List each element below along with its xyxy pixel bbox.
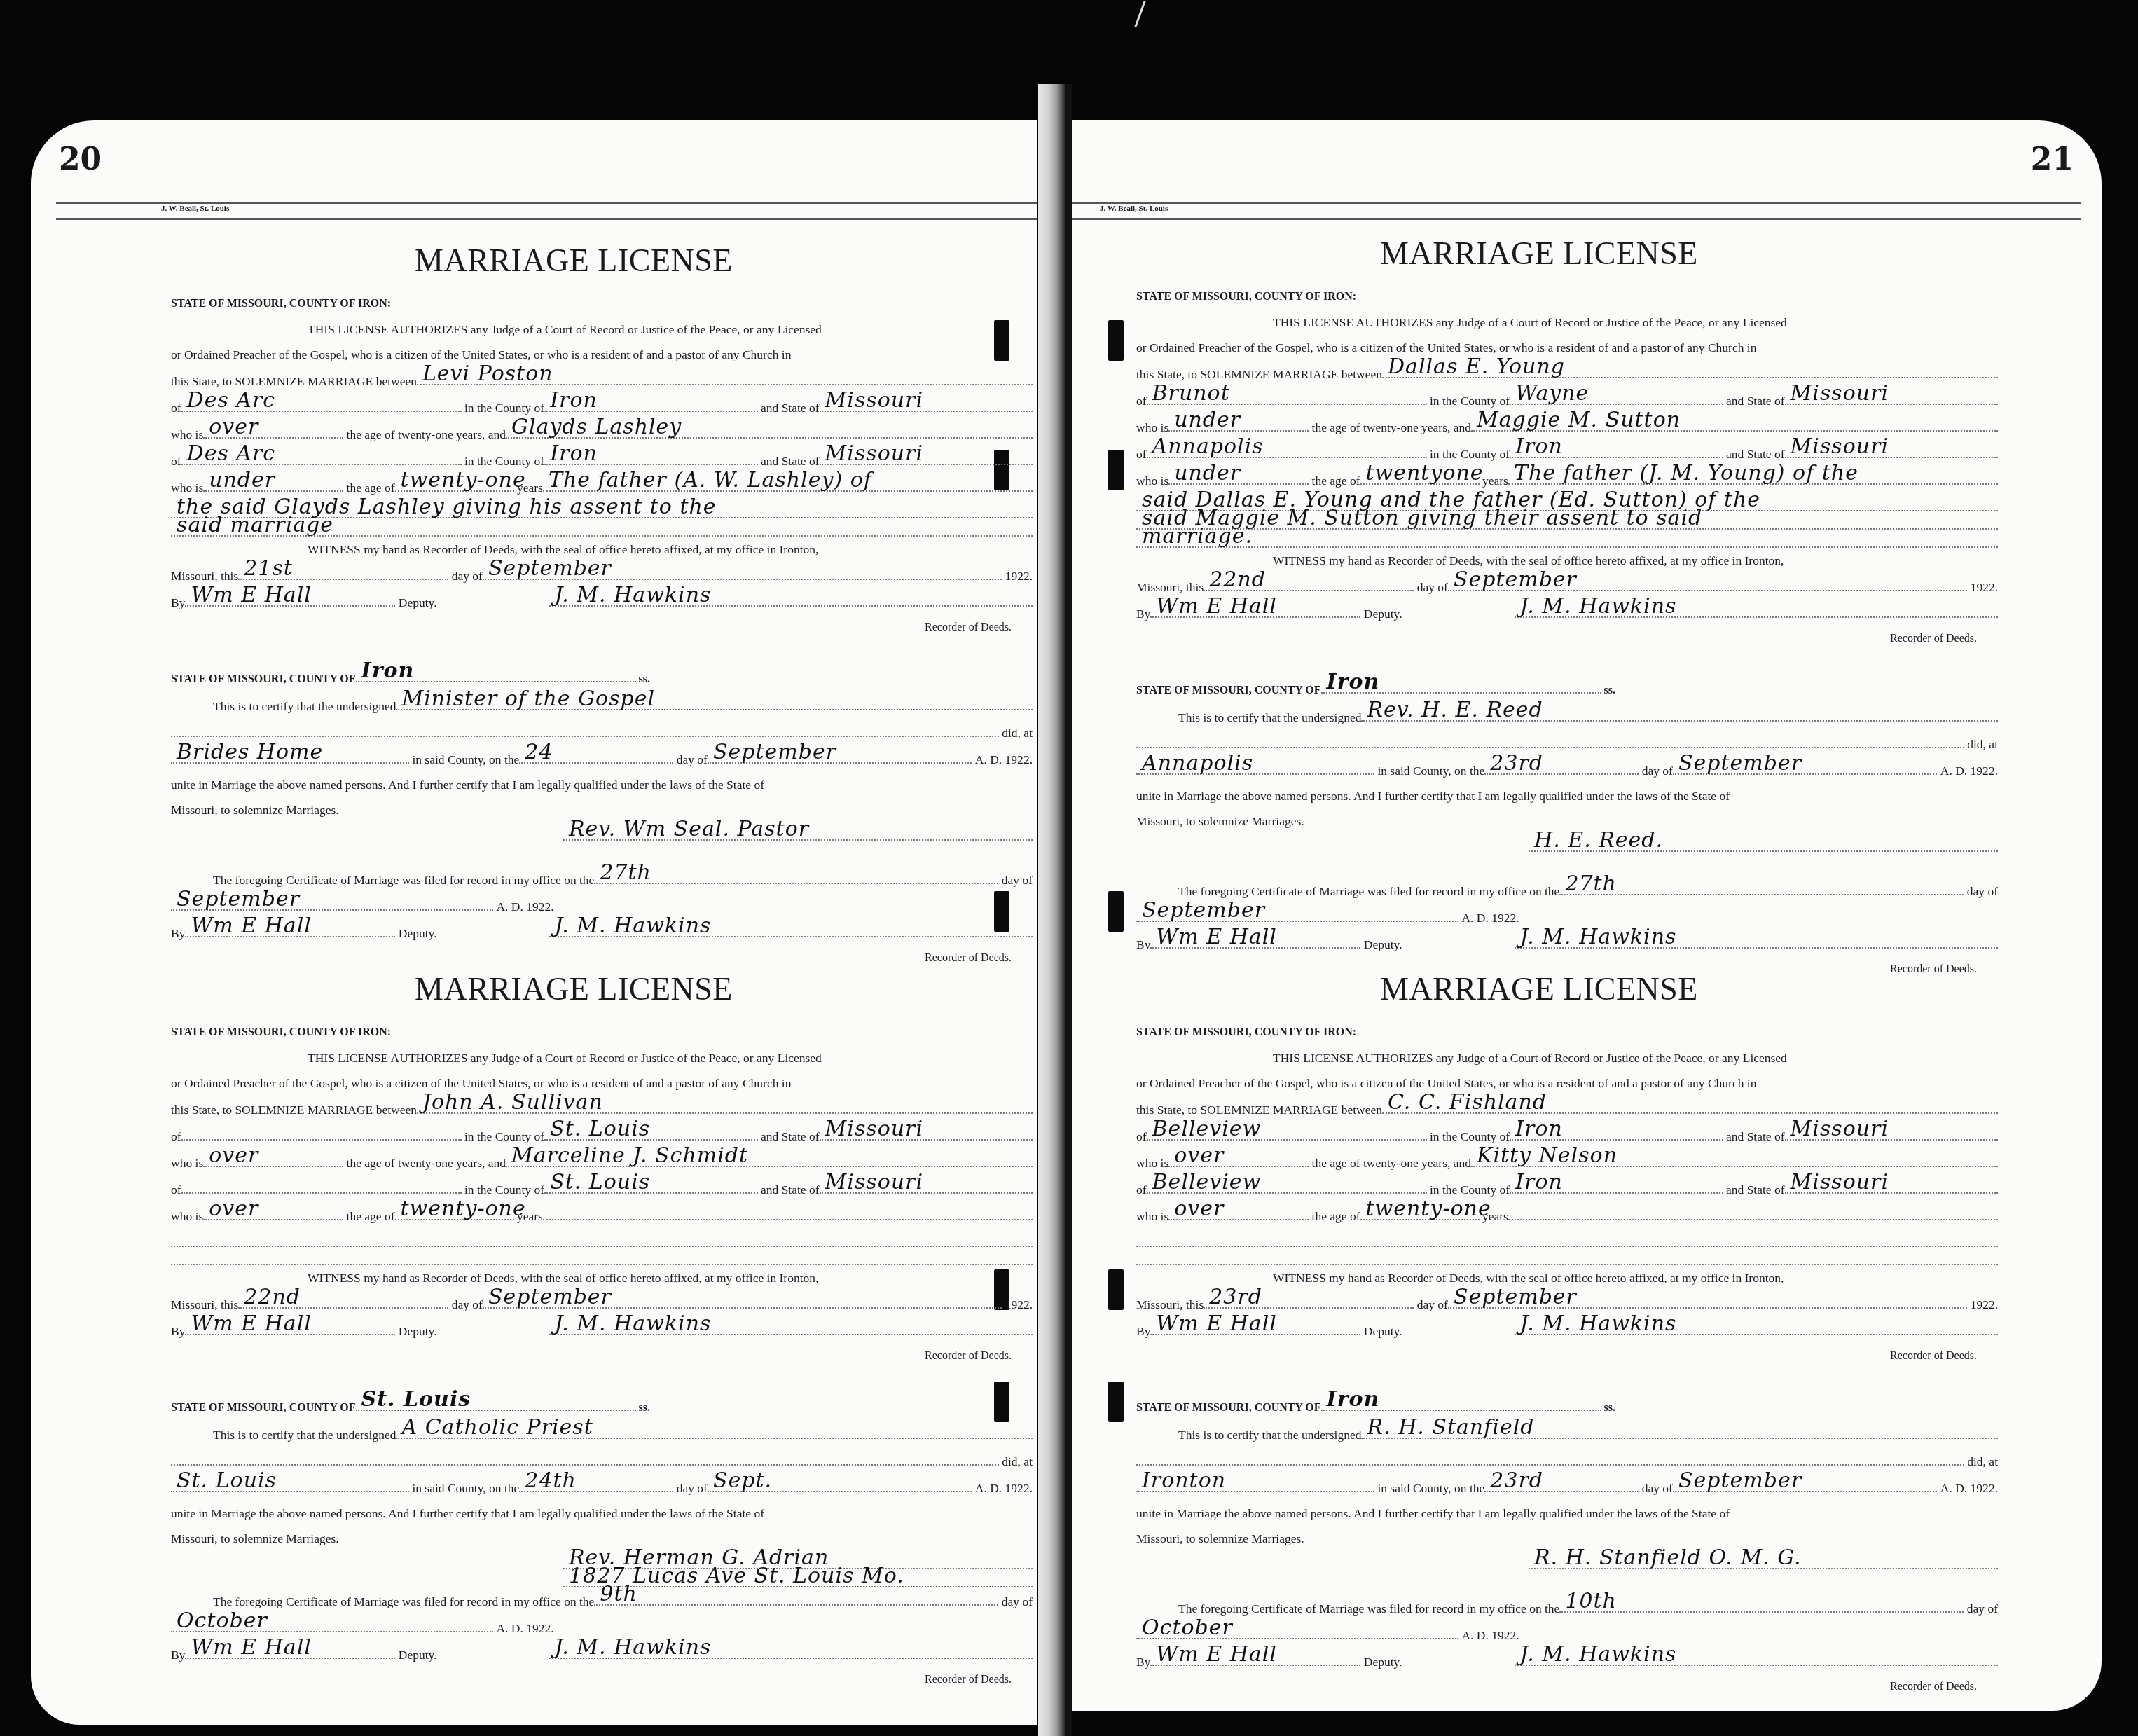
bride-residence-line: ofBelleview in the County ofIron and Sta…: [1136, 1176, 1998, 1202]
officiant-signature-line: R. H. Stanfield O. M. G.: [1529, 1551, 1998, 1569]
remarks-line: said Maggie M. Sutton giving their assen…: [1136, 511, 1998, 530]
license-deputy-signature: Wm E Hall: [191, 583, 312, 608]
bride-county: Iron: [550, 441, 598, 467]
groom-name: C. C. Fishland: [1388, 1090, 1547, 1115]
groom-town-field: Brunot: [1147, 387, 1427, 405]
groom-name-field: Levi Poston: [417, 367, 1033, 385]
license-title: MARRIAGE LICENSE: [115, 968, 1033, 1010]
certificate-officiant-line: This is to certify that the undersignedR…: [1136, 1421, 1998, 1447]
certificate-did-line: did, at: [171, 1447, 1033, 1474]
bride-town-field: [181, 1176, 462, 1194]
groom-town-field: Des Arc: [181, 394, 462, 412]
license-recorder-signature: J. M. Hawkins: [1520, 594, 1677, 619]
certificate-statement: unite in Marriage the above named person…: [1136, 1501, 1998, 1526]
officiant-signature: R. H. Stanfield O. M. G.: [1534, 1545, 1802, 1571]
bride-county: Iron: [1515, 434, 1563, 460]
filing-deputy-line: ByWm E Hall Deputy.J. M. Hawkins: [171, 1641, 1033, 1667]
filing-recorder-signature-field: J. M. Hawkins: [549, 1641, 1033, 1659]
license-record: MARRIAGE LICENSESTATE OF MISSOURI, COUNT…: [1136, 968, 1998, 1700]
license-recorder-signature: J. M. Hawkins: [555, 1311, 712, 1337]
bride-county-field: St. Louis: [544, 1176, 757, 1194]
certificate-county-line: STATE OF MISSOURI, COUNTY OFIron ss.: [1136, 1393, 1998, 1421]
filed-month: September: [1142, 898, 1265, 923]
officiant-signature-field: R. H. Stanfield O. M. G.: [1529, 1551, 1998, 1569]
groom-name: John A. Sullivan: [422, 1090, 603, 1115]
certificate-county-line: STATE OF MISSOURI, COUNTY OFSt. Louis ss…: [171, 1393, 1033, 1421]
license-day-field: 21st: [238, 562, 448, 580]
register-tab-mark: [1108, 450, 1124, 490]
certificate-statement: unite in Marriage the above named person…: [171, 772, 1033, 797]
license-title: MARRIAGE LICENSE: [1080, 233, 1998, 275]
film-scratch: [1134, 1, 1146, 28]
bride-name-field: Glayds Lashley: [506, 420, 1033, 439]
consent-note: The father (J. M. Young) of the: [1514, 461, 1858, 486]
recorder-caption: Recorder of Deeds.: [171, 946, 1033, 971]
groom-state-field: Missouri: [820, 394, 1033, 412]
certificate-officiant-line: This is to certify that the undersignedR…: [1136, 703, 1998, 730]
filing-recorder-signature: J. M. Hawkins: [555, 914, 712, 939]
bride-age-field: over: [1168, 1202, 1309, 1220]
marriage-place: St. Louis: [177, 1468, 277, 1494]
certificate-statement: unite in Marriage the above named person…: [171, 1501, 1033, 1526]
marriage-place-field: Ironton: [1136, 1474, 1374, 1492]
consent-note: marriage.: [1142, 524, 1253, 549]
marriage-day: 24th: [525, 1468, 577, 1494]
register-tab-mark: [1108, 1382, 1124, 1422]
groom-state-field: Missouri: [820, 1122, 1033, 1141]
recorder-caption: Recorder of Deeds.: [1136, 1674, 1998, 1700]
left-page: 20 J. W. Beall, St. Louis MARRIAGE LICEN…: [31, 120, 1037, 1725]
marriage-place-field: Annapolis: [1136, 757, 1374, 775]
license-record: MARRIAGE LICENSESTATE OF MISSOURI, COUNT…: [171, 240, 1033, 971]
filing-recorder-signature: J. M. Hawkins: [1520, 1642, 1677, 1667]
recorder-caption: Recorder of Deeds.: [1136, 626, 1998, 652]
marriage-day-field: 23rd: [1484, 1474, 1639, 1492]
register-tab-mark: [1108, 320, 1124, 361]
filed-month: October: [177, 1608, 268, 1634]
bride-age-words: twenty-one: [1366, 1197, 1491, 1222]
bride-town-field: Annapolis: [1147, 440, 1427, 458]
groom-state: Missouri: [1791, 381, 1889, 406]
bride-age-words-field: twentyone: [1360, 467, 1480, 485]
filing-deputy-signature: Wm E Hall: [191, 1635, 312, 1660]
bride-town-field: Belleview: [1147, 1176, 1427, 1194]
filed-day: 27th: [600, 860, 651, 886]
consent-note-field: marriage.: [1136, 530, 1998, 548]
groom-state: Missouri: [1791, 1117, 1889, 1142]
recorder-caption: Recorder of Deeds.: [1136, 1344, 1998, 1369]
officiant-signature-field: Rev. Wm Seal. Pastor: [563, 822, 1033, 841]
certificate-did-line: did, at: [1136, 1447, 1998, 1474]
license-month-field: September: [1448, 1290, 1967, 1309]
bride-state-field: Missouri: [1785, 440, 1998, 458]
license-month: September: [1454, 567, 1577, 593]
marriage-day: 23rd: [1490, 1468, 1543, 1494]
license-recorder-signature: J. M. Hawkins: [1520, 1311, 1677, 1337]
groom-age: over: [1174, 1143, 1224, 1169]
remarks-line: [1136, 1229, 1998, 1247]
bride-age-words-field: twenty-one: [395, 1202, 514, 1220]
consent-note-field: The father (J. M. Young) of the: [1508, 467, 1998, 485]
bride-age-words-field: twenty-one: [1360, 1202, 1480, 1220]
groom-name-field: Dallas E. Young: [1382, 360, 1998, 378]
filed-month-field: October: [1136, 1621, 1458, 1639]
license-deputy-line: ByWm E Hall Deputy.J. M. Hawkins: [1136, 600, 1998, 626]
bride-residence-line: of in the County ofSt. Louis and State o…: [171, 1176, 1033, 1202]
marriage-month-field: Sept.: [708, 1474, 972, 1492]
marriage-month: September: [1678, 751, 1802, 776]
bride-state: Missouri: [1791, 1170, 1889, 1195]
license-month: September: [1454, 1285, 1577, 1310]
officiant-signature-field: H. E. Reed.: [1529, 834, 1998, 852]
recorder-caption: Recorder of Deeds.: [171, 1344, 1033, 1369]
filing-line: The foregoing Certificate of Marriage wa…: [1136, 877, 1998, 904]
license-header: STATE OF MISSOURI, COUNTY OF IRON:: [1136, 1020, 1998, 1045]
groom-county-field: Iron: [544, 394, 757, 412]
bride-age: over: [1174, 1197, 1224, 1222]
certificate-county: Iron: [1327, 670, 1380, 695]
register-tab-mark: [1108, 1269, 1124, 1310]
bride-county-field: Iron: [1510, 1176, 1723, 1194]
certificate-county-line: STATE OF MISSOURI, COUNTY OFIron ss.: [1136, 675, 1998, 703]
bride-age-words: twenty-one: [401, 468, 526, 493]
marriage-day-field: 24th: [519, 1474, 673, 1492]
remarks-line: said marriage: [171, 518, 1033, 537]
groom-county: Iron: [550, 388, 598, 413]
filing-line: The foregoing Certificate of Marriage wa…: [171, 1587, 1033, 1614]
license-day-field: 23rd: [1204, 1290, 1414, 1309]
marriage-month: September: [1678, 1468, 1802, 1494]
license-day: 21st: [244, 556, 293, 581]
filed-month-field: September: [171, 893, 493, 911]
license-month-field: September: [483, 562, 1002, 580]
officiant-title-field: A Catholic Priest: [396, 1421, 1033, 1439]
marriage-month: Sept.: [713, 1468, 772, 1494]
groom-age-field: over: [203, 1149, 343, 1167]
groom-age-field: over: [203, 420, 343, 439]
license-month: September: [488, 1285, 612, 1310]
license-deputy-line: ByWm E Hall Deputy.J. M. Hawkins: [1136, 1317, 1998, 1344]
bride-age-words: twentyone: [1366, 461, 1484, 486]
bride-name: Maggie M. Sutton: [1477, 408, 1681, 433]
bride-age-line: who isover the age oftwenty-one years: [171, 1202, 1033, 1229]
consent-note-field: [171, 1229, 1033, 1247]
officiant-title: Rev. H. E. Reed: [1367, 698, 1543, 723]
remarks-line: [171, 1229, 1033, 1247]
groom-state: Missouri: [825, 388, 923, 413]
marriage-month-field: September: [1673, 757, 1938, 775]
marriage-place-field: St. Louis: [171, 1474, 409, 1492]
filing-line: The foregoing Certificate of Marriage wa…: [171, 866, 1033, 893]
marriage-month-field: September: [708, 745, 972, 764]
bride-age-field: over: [203, 1202, 343, 1220]
bride-county-field: Iron: [1510, 440, 1723, 458]
page-number-left: 20: [59, 142, 102, 177]
filed-month: October: [1142, 1616, 1233, 1641]
marriage-day-field: 23rd: [1484, 757, 1639, 775]
marriage-place-date-line: Brides Home in said County, on the24 day…: [171, 745, 1033, 772]
bride-age-field: under: [203, 474, 343, 492]
groom-name: Dallas E. Young: [1388, 354, 1565, 380]
license-record: MARRIAGE LICENSESTATE OF MISSOURI, COUNT…: [1136, 233, 1998, 982]
license-deputy-signature: Wm E Hall: [1156, 594, 1277, 619]
page-number-right: 21: [2031, 142, 2074, 177]
authorization-line: or Ordained Preacher of the Gospel, who …: [1136, 335, 1998, 360]
filing-recorder-signature-field: J. M. Hawkins: [1515, 1648, 1998, 1666]
license-deputy-signature-field: Wm E Hall: [185, 1317, 395, 1335]
certificate-county-field: St. Louis: [356, 1393, 636, 1411]
license-day-field: 22nd: [1204, 573, 1414, 591]
license-header: STATE OF MISSOURI, COUNTY OF IRON:: [171, 291, 1033, 317]
groom-town: Brunot: [1152, 381, 1230, 406]
groom-state-field: Missouri: [1785, 1122, 1998, 1141]
authorization-line: THIS LICENSE AUTHORIZES any Judge of a C…: [1136, 1045, 1998, 1070]
certificate-county: Iron: [361, 659, 415, 684]
groom-age: over: [209, 1143, 258, 1169]
consent-note-field: said Maggie M. Sutton giving their assen…: [1136, 511, 1998, 530]
officiant-title: Minister of the Gospel: [401, 687, 655, 712]
bride-age-words-field: twenty-one: [395, 474, 514, 492]
officiant-title-field: Rev. H. E. Reed: [1361, 703, 1998, 722]
license-recorder-signature-field: J. M. Hawkins: [549, 1317, 1033, 1335]
filed-month-field: October: [171, 1614, 493, 1632]
license-day: 22nd: [244, 1285, 301, 1310]
filed-day: 10th: [1565, 1589, 1617, 1614]
filing-deputy-signature: Wm E Hall: [191, 914, 312, 939]
marriage-day: 23rd: [1490, 751, 1543, 776]
consent-note-field: [1508, 1202, 1998, 1220]
register-tab-mark: [1108, 891, 1124, 932]
groom-name: Levi Poston: [422, 361, 553, 387]
license-month-field: September: [483, 1290, 1002, 1309]
bride-county: Iron: [1515, 1170, 1563, 1195]
officiant-signature: Rev. Wm Seal. Pastor: [569, 817, 809, 842]
authorization-line: THIS LICENSE AUTHORIZES any Judge of a C…: [171, 1045, 1033, 1070]
filed-day: 27th: [1565, 872, 1617, 897]
filing-recorder-signature-field: J. M. Hawkins: [549, 919, 1033, 937]
certificate-did-line: did, at: [1136, 730, 1998, 757]
license-recorder-signature-field: J. M. Hawkins: [1515, 600, 1998, 618]
bride-name: Marceline J. Schmidt: [511, 1143, 748, 1169]
bride-state-field: Missouri: [820, 447, 1033, 465]
certificate-county: Iron: [1327, 1387, 1380, 1412]
marriage-place: Annapolis: [1142, 751, 1253, 776]
filing-deputy-signature-field: Wm E Hall: [185, 1641, 395, 1659]
groom-name-field: C. C. Fishland: [1382, 1096, 1998, 1114]
filed-day: 9th: [600, 1582, 637, 1607]
marriage-day-field: 24: [519, 745, 673, 764]
license-title: MARRIAGE LICENSE: [115, 240, 1033, 282]
consent-note-field: [171, 1247, 1033, 1265]
bride-town: Belleview: [1152, 1170, 1262, 1195]
license-header: STATE OF MISSOURI, COUNTY OF IRON:: [1136, 284, 1998, 310]
officiant-signature: H. E. Reed.: [1534, 828, 1663, 853]
license-recorder-signature-field: J. M. Hawkins: [549, 588, 1033, 607]
remarks-line: marriage.: [1136, 530, 1998, 548]
certificate-statement: unite in Marriage the above named person…: [1136, 783, 1998, 808]
license-day: 23rd: [1209, 1285, 1262, 1310]
license-recorder-signature: J. M. Hawkins: [555, 583, 712, 608]
groom-town-field: Belleview: [1147, 1122, 1427, 1141]
consent-note-field: said marriage: [171, 518, 1033, 537]
marriage-place-date-line: Ironton in said County, on the23rd day o…: [1136, 1474, 1998, 1501]
groom-county-field: Wayne: [1510, 387, 1723, 405]
certificate-officiant-line: This is to certify that the undersignedM…: [171, 692, 1033, 719]
filing-recorder-signature: J. M. Hawkins: [1520, 925, 1677, 950]
bride-town: Annapolis: [1152, 434, 1264, 460]
groom-county-field: St. Louis: [544, 1122, 757, 1141]
license-deputy-signature: Wm E Hall: [1156, 1311, 1277, 1337]
bride-town-field: Des Arc: [181, 447, 462, 465]
license-deputy-line: ByWm E Hall Deputy.J. M. Hawkins: [171, 588, 1033, 615]
bride-age-words: twenty-one: [401, 1197, 526, 1222]
groom-county: St. Louis: [550, 1117, 650, 1142]
marriage-month-field: September: [1673, 1474, 1938, 1492]
bride-state: Missouri: [825, 441, 923, 467]
bride-age: over: [209, 1197, 258, 1222]
filing-deputy-signature-field: Wm E Hall: [1150, 1648, 1360, 1666]
bride-state: Missouri: [825, 1170, 923, 1195]
filed-month-field: September: [1136, 904, 1458, 922]
bride-age-field: under: [1168, 467, 1309, 485]
groom-town: Des Arc: [187, 388, 276, 413]
printer-imprint-rule: J. W. Beall, St. Louis: [56, 202, 1037, 220]
consent-note: The father (A. W. Lashley) of: [549, 468, 872, 493]
marriage-day: 24: [525, 740, 553, 765]
officiant-title-field: R. H. Stanfield: [1361, 1421, 1998, 1439]
certificate-officiant-line: This is to certify that the undersignedA…: [171, 1421, 1033, 1447]
license-month: September: [488, 556, 612, 581]
license-deputy-signature: Wm E Hall: [191, 1311, 312, 1337]
bride-state-field: Missouri: [820, 1176, 1033, 1194]
bride-name-field: Kitty Nelson: [1471, 1149, 1998, 1167]
groom-age-field: over: [1168, 1149, 1309, 1167]
bride-age: under: [1174, 461, 1241, 486]
license-header: STATE OF MISSOURI, COUNTY OF IRON:: [171, 1020, 1033, 1045]
license-deputy-signature-field: Wm E Hall: [1150, 600, 1360, 618]
consent-note-field: [1136, 1247, 1998, 1265]
groom-town: Belleview: [1152, 1117, 1262, 1142]
bride-name-field: Marceline J. Schmidt: [506, 1149, 1033, 1167]
license-record: MARRIAGE LICENSESTATE OF MISSOURI, COUNT…: [171, 968, 1033, 1693]
officiant-signature-line: H. E. Reed.: [1529, 834, 1998, 852]
consent-note-field: [543, 1202, 1033, 1220]
printer-imprint: J. W. Beall, St. Louis: [161, 205, 229, 213]
license-month-field: September: [1448, 573, 1967, 591]
officiant-title: A Catholic Priest: [401, 1415, 593, 1440]
recorder-caption: Recorder of Deeds.: [171, 1667, 1033, 1693]
marriage-place-date-line: St. Louis in said County, on the24th day…: [171, 1474, 1033, 1501]
marriage-place-date-line: Annapolis in said County, on the23rd day…: [1136, 757, 1998, 783]
filed-month: September: [177, 887, 300, 912]
right-page: 21 J. W. Beall, St. Louis MARRIAGE LICEN…: [1072, 120, 2102, 1711]
filing-line: The foregoing Certificate of Marriage wa…: [1136, 1594, 1998, 1621]
remarks-line: [171, 1247, 1033, 1265]
groom-county-field: Iron: [1510, 1122, 1723, 1141]
bride-name: Glayds Lashley: [511, 415, 682, 440]
filing-deputy-signature: Wm E Hall: [1156, 1642, 1277, 1667]
marriage-place-field: Brides Home: [171, 745, 409, 764]
consent-note: said marriage: [177, 513, 333, 538]
book-gutter-shadow: [1038, 84, 1065, 1736]
filing-deputy-signature-field: Wm E Hall: [1150, 930, 1360, 949]
certificate-county-field: Iron: [1321, 675, 1601, 694]
bride-county: St. Louis: [550, 1170, 650, 1195]
printer-imprint: J. W. Beall, St. Louis: [1100, 205, 1168, 213]
license-deputy-line: ByWm E Hall Deputy.J. M. Hawkins: [171, 1317, 1033, 1344]
filing-deputy-signature-field: Wm E Hall: [185, 919, 395, 937]
groom-age-field: under: [1168, 413, 1309, 432]
authorization-line: or Ordained Preacher of the Gospel, who …: [171, 342, 1033, 367]
bride-town: Des Arc: [187, 441, 276, 467]
filing-deputy-signature: Wm E Hall: [1156, 925, 1277, 950]
filing-deputy-line: ByWm E Hall Deputy.J. M. Hawkins: [1136, 930, 1998, 957]
filing-recorder-signature-field: J. M. Hawkins: [1515, 930, 1998, 949]
license-title: MARRIAGE LICENSE: [1080, 968, 1998, 1010]
groom-age: under: [1174, 408, 1241, 433]
groom-county: Wayne: [1515, 381, 1589, 406]
bride-name: Kitty Nelson: [1477, 1143, 1618, 1169]
marriage-place: Brides Home: [177, 740, 323, 765]
recorder-caption: Recorder of Deeds.: [171, 615, 1033, 640]
filed-day-field: 10th: [1559, 1594, 1964, 1613]
filed-day-field: 9th: [594, 1587, 998, 1606]
officiant-title-field: Minister of the Gospel: [396, 692, 1033, 710]
certificate-county-field: Iron: [356, 664, 636, 682]
license-deputy-signature-field: Wm E Hall: [1150, 1317, 1360, 1335]
license-day-field: 22nd: [238, 1290, 448, 1309]
groom-age: over: [209, 415, 258, 440]
license-recorder-signature-field: J. M. Hawkins: [1515, 1317, 1998, 1335]
groom-state: Missouri: [825, 1117, 923, 1142]
remarks-line: [1136, 1247, 1998, 1265]
groom-state-field: Missouri: [1785, 387, 1998, 405]
bride-age: under: [209, 468, 275, 493]
authorization-line: or Ordained Preacher of the Gospel, who …: [1136, 1070, 1998, 1096]
officiant-signature-line: Rev. Wm Seal. Pastor: [563, 822, 1033, 841]
officiant-title: R. H. Stanfield: [1367, 1415, 1534, 1440]
filing-deputy-line: ByWm E Hall Deputy.J. M. Hawkins: [1136, 1648, 1998, 1674]
bride-state: Missouri: [1791, 434, 1889, 460]
bride-county-field: Iron: [544, 447, 757, 465]
filing-deputy-line: ByWm E Hall Deputy.J. M. Hawkins: [171, 919, 1033, 946]
consent-note-field: [1136, 1229, 1998, 1247]
book-spine: [1065, 84, 1072, 1736]
consent-note-field: The father (A. W. Lashley) of: [543, 474, 1033, 492]
bride-state-field: Missouri: [1785, 1176, 1998, 1194]
bride-age-line: who isover the age oftwenty-one years: [1136, 1202, 1998, 1229]
marriage-month: September: [713, 740, 836, 765]
groom-name-field: John A. Sullivan: [417, 1096, 1033, 1114]
bride-name-field: Maggie M. Sutton: [1471, 413, 1998, 432]
printer-imprint-rule: J. W. Beall, St. Louis: [1072, 202, 2081, 220]
authorization-line: THIS LICENSE AUTHORIZES any Judge of a C…: [1136, 310, 1998, 335]
license-deputy-signature-field: Wm E Hall: [185, 588, 395, 607]
marriage-place: Ironton: [1142, 1468, 1226, 1494]
filed-day-field: 27th: [1559, 877, 1964, 895]
certificate-county-field: Iron: [1321, 1393, 1601, 1411]
certificate-county: St. Louis: [361, 1387, 471, 1412]
license-day: 22nd: [1209, 567, 1266, 593]
filed-day-field: 27th: [594, 866, 998, 884]
filing-recorder-signature: J. M. Hawkins: [555, 1635, 712, 1660]
groom-county: Iron: [1515, 1117, 1563, 1142]
groom-town-field: [181, 1122, 462, 1141]
authorization-line: THIS LICENSE AUTHORIZES any Judge of a C…: [171, 317, 1033, 342]
